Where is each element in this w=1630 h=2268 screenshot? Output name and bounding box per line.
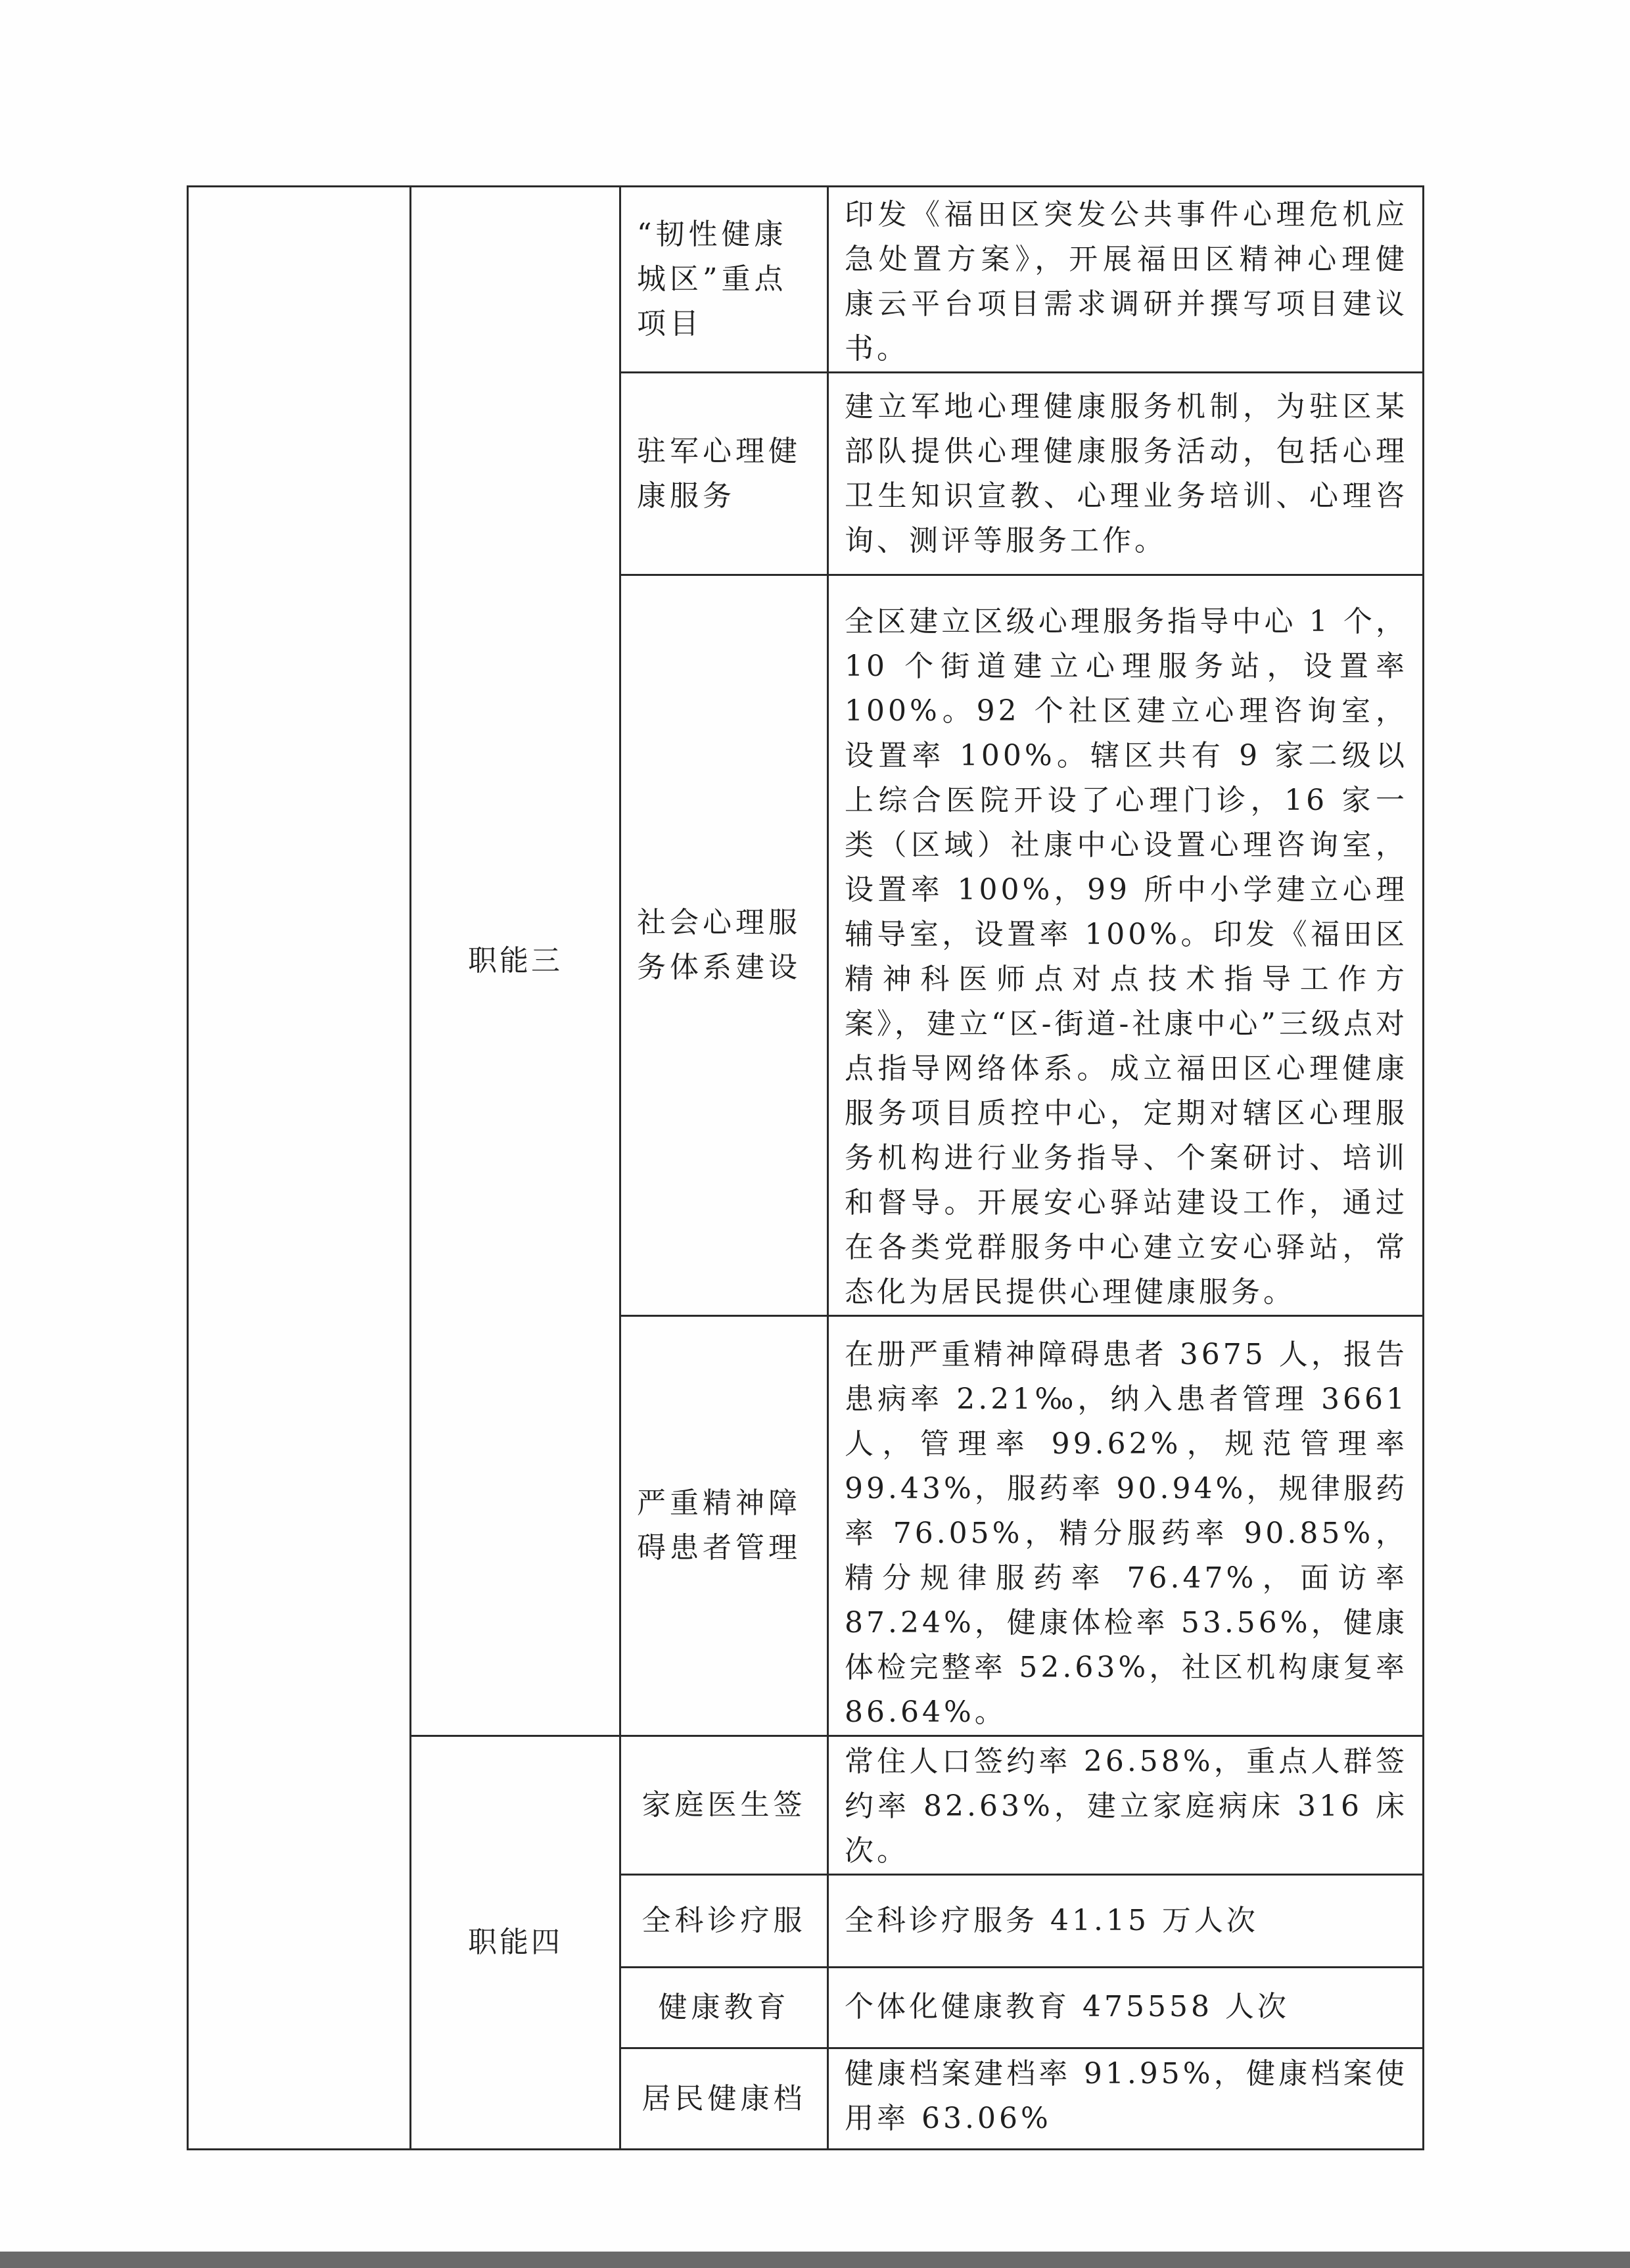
description-cell: 常住人口签约率 26.58%，重点人群签约率 82.63%，建立家庭病床 316…: [828, 1736, 1424, 1875]
document-page: 职能三 “韧性健康城区”重点项目 印发《福田区突发公共事件心理危机应急处置方案》…: [0, 0, 1630, 2252]
description-cell: 个体化健康教育 475558 人次: [828, 1968, 1424, 2048]
scan-edge-band: [0, 2252, 1630, 2268]
table-row: 职能三 “韧性健康城区”重点项目 印发《福田区突发公共事件心理危机应急处置方案》…: [188, 187, 1424, 373]
performance-table: 职能三 “韧性健康城区”重点项目 印发《福田区突发公共事件心理危机应急处置方案》…: [187, 185, 1424, 2150]
function-cell-4: 职能四: [411, 1736, 620, 2150]
item-cell: 社会心理服务体系建设: [620, 575, 828, 1316]
item-cell: 驻军心理健康服务: [620, 373, 828, 575]
item-cell: 家庭医生签: [620, 1736, 828, 1875]
description-cell: 在册严重精神障碍患者 3675 人，报告患病率 2.21‰，纳入患者管理 366…: [828, 1316, 1424, 1736]
item-cell: 全科诊疗服: [620, 1875, 828, 1968]
description-cell: 全科诊疗服务 41.15 万人次: [828, 1875, 1424, 1968]
description-cell: 建立军地心理健康服务机制，为驻区某部队提供心理健康服务活动，包括心理卫生知识宣教…: [828, 373, 1424, 575]
category-cell: [188, 187, 411, 2150]
item-cell: 严重精神障碍患者管理: [620, 1316, 828, 1736]
function-cell-3: 职能三: [411, 187, 620, 1736]
description-cell: 健康档案建档率 91.95%，健康档案使用率 63.06%: [828, 2048, 1424, 2150]
item-cell: 居民健康档: [620, 2048, 828, 2150]
item-cell: 健康教育: [620, 1968, 828, 2048]
description-cell: 全区建立区级心理服务指导中心 1 个，10 个街道建立心理服务站，设置率 100…: [828, 575, 1424, 1316]
description-cell: 印发《福田区突发公共事件心理危机应急处置方案》，开展福田区精神心理健康云平台项目…: [828, 187, 1424, 373]
item-cell: “韧性健康城区”重点项目: [620, 187, 828, 373]
